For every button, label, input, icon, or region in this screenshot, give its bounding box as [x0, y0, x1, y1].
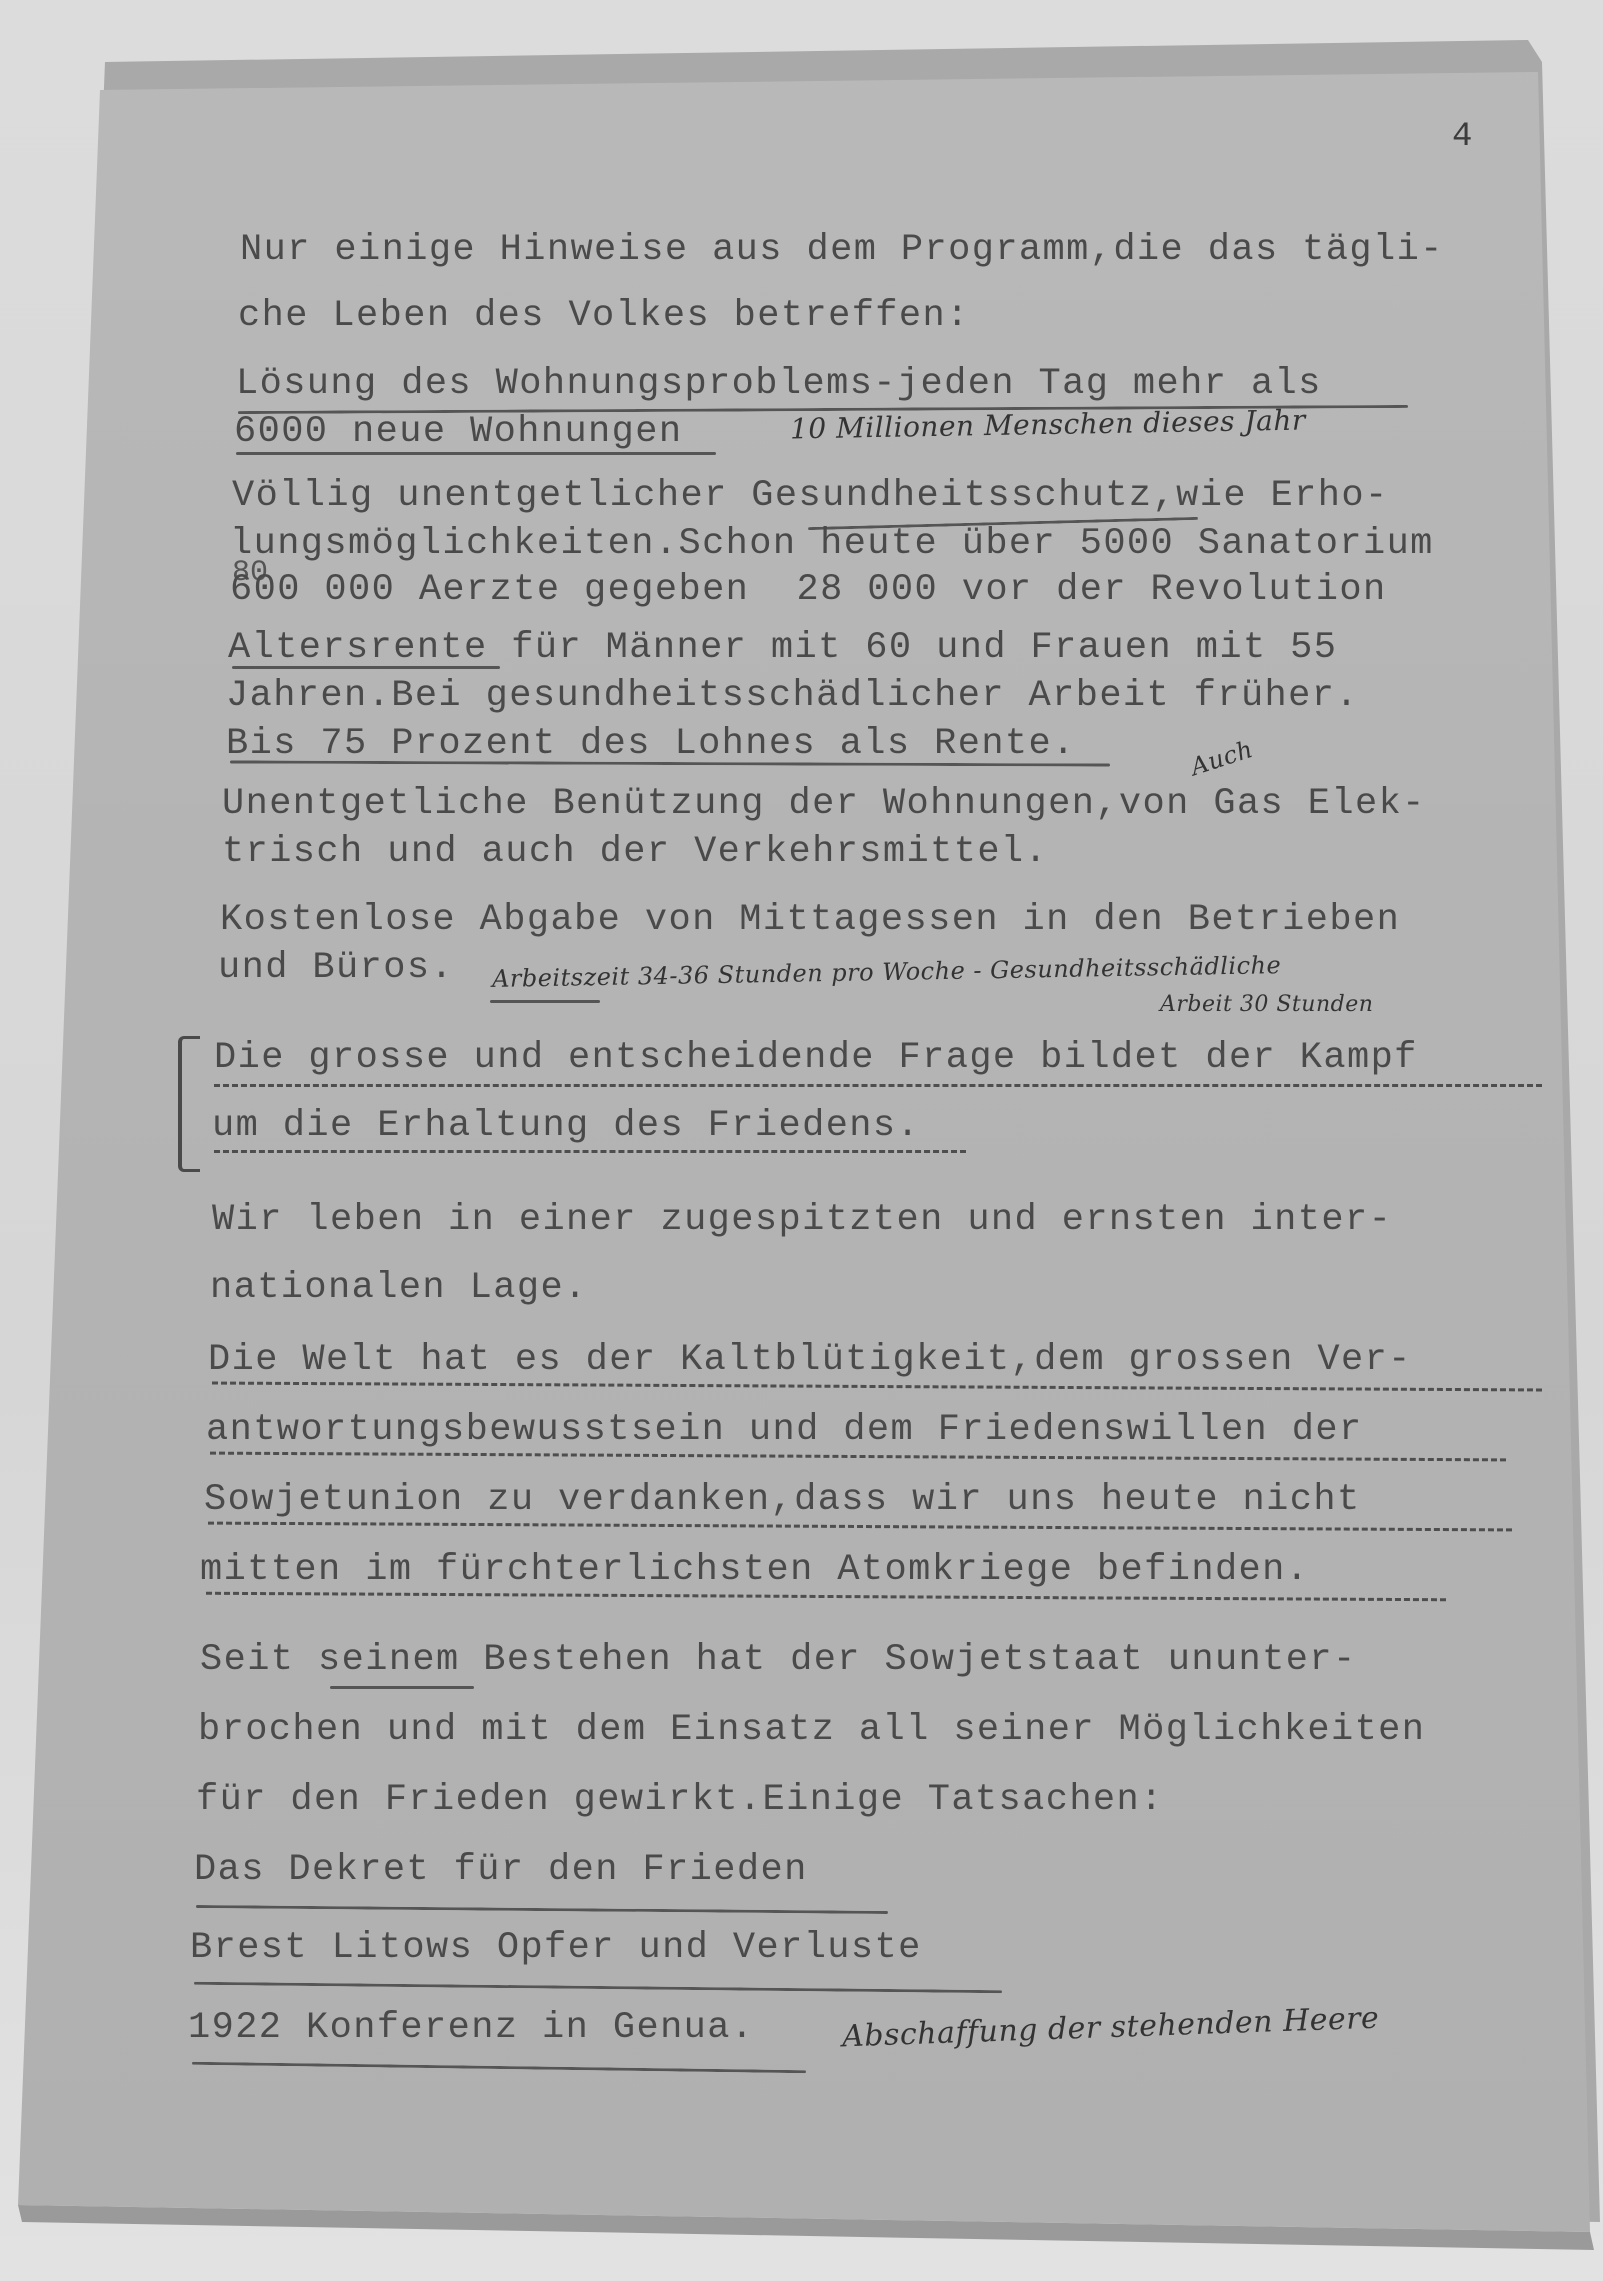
text-line: Bis 75 Prozent des Lohnes als Rente. [226, 726, 1076, 763]
text-line: um die Erhaltung des Friedens. [212, 1108, 920, 1145]
text-line: Die grosse und entscheidende Frage bilde… [214, 1040, 1418, 1077]
text-line: Nur einige Hinweise aus dem Programm,die… [240, 232, 1444, 269]
text-line: für den Frieden gewirkt.Einige Tatsachen… [196, 1782, 1164, 1819]
pencil-underline [236, 452, 716, 455]
text-line: nationalen Lage. [210, 1270, 588, 1307]
margin-bracket [178, 1036, 200, 1172]
text-line: antwortungsbewusstsein und dem Friedensw… [206, 1412, 1363, 1449]
pencil-underline [490, 1000, 600, 1003]
text-line: und Büros. [218, 950, 454, 987]
text-line: lungsmöglichkeiten.Schon heute über 5000… [230, 526, 1434, 563]
text-line: Kostenlose Abgabe von Mittagessen in den… [220, 902, 1400, 939]
text-line: 6000 neue Wohnungen [234, 414, 682, 451]
text-line: Wir leben in einer zugespitzten und erns… [212, 1202, 1392, 1239]
pencil-underline [232, 666, 500, 669]
text-line: trisch und auch der Verkehrsmittel. [222, 834, 1048, 871]
typed-underline [214, 1150, 966, 1153]
pencil-underline [330, 1686, 474, 1689]
text-line: Die Welt hat es der Kaltblütigkeit,dem g… [208, 1342, 1412, 1379]
text-line: Jahren.Bei gesundheitsschädlicher Arbeit… [226, 678, 1359, 715]
text-line: 600 000 Aerzte gegeben 28 000 vor der Re… [230, 572, 1387, 609]
text-line: Lösung des Wohnungsproblems-jeden Tag me… [236, 366, 1322, 403]
text-line: Brest Litows Opfer und Verluste [190, 1930, 922, 1967]
text-line: Völlig unentgetlicher Gesundheitsschutz,… [232, 478, 1389, 515]
text-line: Seit seinem Bestehen hat der Sowjetstaat… [200, 1642, 1357, 1679]
text-line: che Leben des Volkes betreffen: [238, 298, 970, 335]
handwritten-note: Arbeit 30 Stunden [1160, 992, 1373, 1017]
page-number: 4 [1452, 118, 1472, 156]
text-line: Unentgetliche Benützung der Wohnungen,vo… [222, 786, 1426, 823]
text-line: 1922 Konferenz in Genua. [188, 2010, 755, 2047]
text-line: Altersrente für Männer mit 60 und Frauen… [228, 630, 1337, 667]
text-line: Das Dekret für den Frieden [194, 1852, 808, 1889]
text-line: brochen und mit dem Einsatz all seiner M… [198, 1712, 1425, 1749]
text-line: mitten im fürchterlichsten Atomkriege be… [200, 1552, 1309, 1589]
typed-underline [214, 1084, 1542, 1087]
text-line: Sowjetunion zu verdanken,dass wir uns he… [204, 1482, 1361, 1519]
